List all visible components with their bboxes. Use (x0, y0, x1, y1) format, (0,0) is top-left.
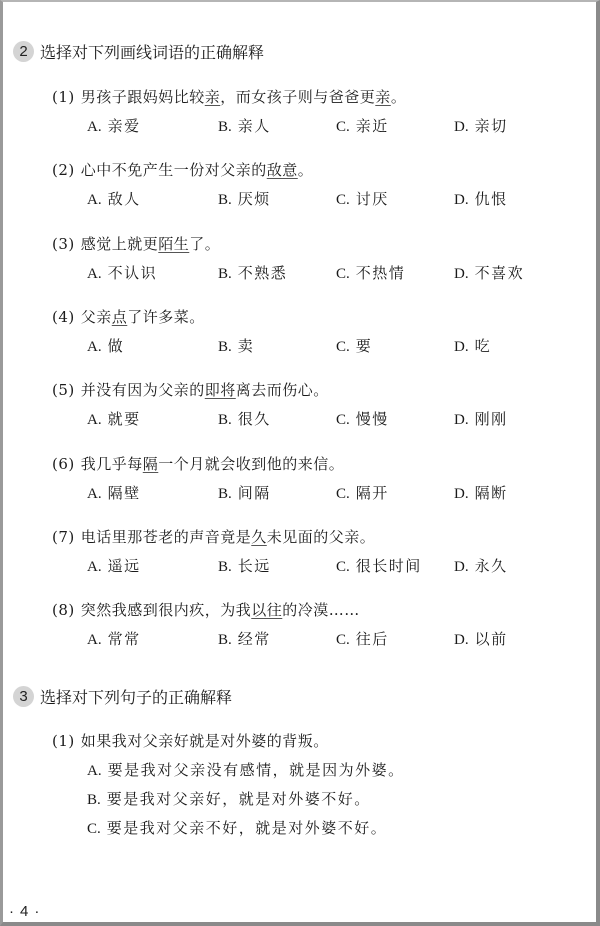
option-letter: D. (454, 412, 469, 428)
option-text: 刚刚 (475, 410, 508, 428)
underlined-term: 敌意 (267, 161, 298, 179)
answer-option-b[interactable]: B.要是我对父亲好，就是对外婆不好。 (87, 788, 371, 809)
answer-option-d[interactable]: D.不喜欢 (454, 262, 524, 283)
answer-option-c[interactable]: C.不热情 (336, 262, 405, 283)
answer-option-c[interactable]: C.很长时间 (336, 555, 422, 576)
option-text: 要 (356, 337, 373, 355)
answer-option-a[interactable]: A.隔壁 (87, 482, 141, 503)
option-letter: D. (454, 266, 469, 282)
option-text: 常常 (108, 630, 141, 648)
question-text: 感觉上就更 (81, 235, 159, 253)
option-letter: C. (336, 632, 350, 648)
question-text: ，而女孩子则与爸爸更 (220, 88, 375, 106)
option-letter: D. (454, 192, 469, 208)
page-number: ·4· (9, 903, 45, 920)
underlined-term: 点 (112, 308, 128, 326)
question-sentence: (1)如果我对父亲好就是对外婆的背叛。 (52, 730, 329, 751)
question-text: 未见面的父亲。 (267, 528, 376, 546)
option-letter: D. (454, 119, 469, 135)
question-text: 我几乎每 (81, 455, 143, 473)
option-text: 往后 (356, 630, 389, 648)
section-title: 选择对下列句子的正确解释 (40, 685, 232, 708)
option-text: 很久 (238, 410, 271, 428)
option-text: 很长时间 (356, 557, 422, 575)
answer-option-a[interactable]: A.要是我对父亲没有感情，就是因为外婆。 (87, 759, 405, 780)
option-letter: A. (87, 412, 102, 428)
option-letter: B. (218, 486, 232, 502)
option-text: 敌人 (108, 190, 141, 208)
answer-option-a[interactable]: A.敌人 (87, 188, 141, 209)
question-text: 父亲 (81, 308, 112, 326)
question-text: 的冷漠…… (282, 601, 360, 619)
answer-option-c[interactable]: C.要是我对父亲不好，就是对外婆不好。 (87, 817, 387, 838)
answer-option-d[interactable]: D.吃 (454, 335, 491, 356)
option-letter: B. (218, 412, 232, 428)
option-text: 长远 (238, 557, 271, 575)
underlined-term: 隔 (143, 455, 159, 473)
option-text: 吃 (475, 337, 492, 355)
option-letter: C. (336, 192, 350, 208)
option-text: 要是我对父亲不好，就是对外婆不好。 (107, 819, 388, 837)
answer-option-b[interactable]: B.长远 (218, 555, 271, 576)
option-letter: A. (87, 266, 102, 282)
option-letter: D. (454, 486, 469, 502)
answer-option-c[interactable]: C.讨厌 (336, 188, 389, 209)
question-text: 离去而伤心。 (236, 381, 329, 399)
question-sentence: (4)父亲点了许多菜。 (52, 306, 205, 327)
section-number-badge: 3 (13, 686, 34, 707)
option-text: 隔断 (475, 484, 508, 502)
question-index: (1) (52, 732, 75, 750)
underlined-term: 亲 (205, 88, 221, 106)
question-sentence: (8)突然我感到很内疚，为我以往的冷漠…… (52, 599, 360, 620)
question-text: 电话里那苍老的声音竟是 (81, 528, 252, 546)
answer-option-b[interactable]: B.很久 (218, 408, 271, 429)
option-letter: A. (87, 486, 102, 502)
option-letter: B. (218, 339, 232, 355)
option-text: 亲人 (238, 117, 271, 135)
underlined-term: 亲 (375, 88, 391, 106)
option-letter: B. (218, 266, 232, 282)
question-sentence: (3)感觉上就更陌生了。 (52, 233, 220, 254)
section-number-badge: 2 (13, 41, 34, 62)
answer-option-b[interactable]: B.间隔 (218, 482, 271, 503)
answer-option-c[interactable]: C.亲近 (336, 115, 389, 136)
question-index: (5) (52, 381, 75, 399)
section-3-heading: 3 选择对下列句子的正确解释 (13, 685, 232, 708)
answer-option-a[interactable]: A.遥远 (87, 555, 141, 576)
question-text: 如果我对父亲好就是对外婆的背叛。 (81, 732, 329, 750)
question-text: 并没有因为父亲的 (81, 381, 205, 399)
option-letter: A. (87, 632, 102, 648)
question-index: (7) (52, 528, 75, 546)
option-letter: A. (87, 192, 102, 208)
option-letter: B. (218, 192, 232, 208)
option-letter: B. (218, 559, 232, 575)
section-title: 选择对下列画线词语的正确解释 (40, 40, 264, 63)
option-letter: D. (454, 339, 469, 355)
option-letter: D. (454, 632, 469, 648)
option-text: 要是我对父亲没有感情，就是因为外婆。 (108, 761, 405, 779)
option-text: 亲爱 (108, 117, 141, 135)
question-index: (1) (52, 88, 75, 106)
answer-option-a[interactable]: A.就要 (87, 408, 141, 429)
option-text: 以前 (475, 630, 508, 648)
option-letter: C. (336, 339, 350, 355)
question-text: 了。 (189, 235, 220, 253)
option-letter: A. (87, 763, 102, 779)
question-text: 突然我感到很内疚，为我 (81, 601, 252, 619)
answer-option-d[interactable]: D.隔断 (454, 482, 508, 503)
question-sentence: (2)心中不免产生一份对父亲的敌意。 (52, 159, 313, 180)
answer-option-c[interactable]: C.慢慢 (336, 408, 389, 429)
question-text: 心中不免产生一份对父亲的 (81, 161, 267, 179)
option-text: 不熟悉 (238, 264, 288, 282)
option-letter: B. (218, 632, 232, 648)
question-text: 。 (391, 88, 407, 106)
answer-option-b[interactable]: B.厌烦 (218, 188, 271, 209)
question-text: 一个月就会收到他的来信。 (158, 455, 344, 473)
question-index: (2) (52, 161, 75, 179)
question-text: 。 (298, 161, 314, 179)
option-letter: D. (454, 559, 469, 575)
option-letter: B. (87, 792, 101, 808)
question-index: (4) (52, 308, 75, 326)
answer-option-a[interactable]: A.亲爱 (87, 115, 141, 136)
question-sentence: (1)男孩子跟妈妈比较亲，而女孩子则与爸爸更亲。 (52, 86, 406, 107)
option-text: 不认识 (108, 264, 158, 282)
underlined-term: 久 (251, 528, 267, 546)
answer-option-b[interactable]: B.亲人 (218, 115, 271, 136)
option-text: 永久 (475, 557, 508, 575)
option-text: 慢慢 (356, 410, 389, 428)
option-letter: A. (87, 119, 102, 135)
option-letter: C. (87, 821, 101, 837)
answer-option-b[interactable]: B.不熟悉 (218, 262, 287, 283)
option-letter: B. (218, 119, 232, 135)
answer-option-b[interactable]: B.经常 (218, 628, 271, 649)
option-letter: A. (87, 339, 102, 355)
question-sentence: (5)并没有因为父亲的即将离去而伤心。 (52, 379, 329, 400)
option-text: 经常 (238, 630, 271, 648)
option-text: 卖 (238, 337, 255, 355)
option-text: 亲近 (356, 117, 389, 135)
answer-option-a[interactable]: A.常常 (87, 628, 141, 649)
option-text: 亲切 (475, 117, 508, 135)
option-letter: C. (336, 486, 350, 502)
question-index: (6) (52, 455, 75, 473)
option-text: 要是我对父亲好，就是对外婆不好。 (107, 790, 371, 808)
question-sentence: (6)我几乎每隔一个月就会收到他的来信。 (52, 453, 344, 474)
answer-option-c[interactable]: C.隔开 (336, 482, 389, 503)
answer-option-a[interactable]: A.做 (87, 335, 124, 356)
section-2-heading: 2 选择对下列画线词语的正确解释 (13, 40, 264, 63)
option-letter: C. (336, 559, 350, 575)
option-text: 不喜欢 (475, 264, 525, 282)
option-text: 遥远 (108, 557, 141, 575)
answer-option-d[interactable]: D.亲切 (454, 115, 508, 136)
answer-option-c[interactable]: C.要 (336, 335, 372, 356)
option-text: 隔壁 (108, 484, 141, 502)
option-letter: C. (336, 266, 350, 282)
question-text: 男孩子跟妈妈比较 (81, 88, 205, 106)
option-text: 间隔 (238, 484, 271, 502)
option-text: 做 (108, 337, 125, 355)
option-letter: C. (336, 412, 350, 428)
answer-option-d[interactable]: D.仇恨 (454, 188, 508, 209)
answer-option-c[interactable]: C.往后 (336, 628, 389, 649)
question-index: (8) (52, 601, 75, 619)
underlined-term: 以往 (251, 601, 282, 619)
answer-option-d[interactable]: D.刚刚 (454, 408, 508, 429)
question-text: 了许多菜。 (127, 308, 205, 326)
question-index: (3) (52, 235, 75, 253)
underlined-term: 陌生 (158, 235, 189, 253)
question-sentence: (7)电话里那苍老的声音竟是久未见面的父亲。 (52, 526, 375, 547)
answer-option-d[interactable]: D.以前 (454, 628, 508, 649)
option-letter: A. (87, 559, 102, 575)
answer-option-a[interactable]: A.不认识 (87, 262, 157, 283)
answer-option-b[interactable]: B.卖 (218, 335, 254, 356)
option-text: 仇恨 (475, 190, 508, 208)
answer-option-d[interactable]: D.永久 (454, 555, 508, 576)
option-text: 讨厌 (356, 190, 389, 208)
option-text: 不热情 (356, 264, 406, 282)
underlined-term: 即将 (205, 381, 236, 399)
option-text: 就要 (108, 410, 141, 428)
option-letter: C. (336, 119, 350, 135)
option-text: 隔开 (356, 484, 389, 502)
option-text: 厌烦 (238, 190, 271, 208)
